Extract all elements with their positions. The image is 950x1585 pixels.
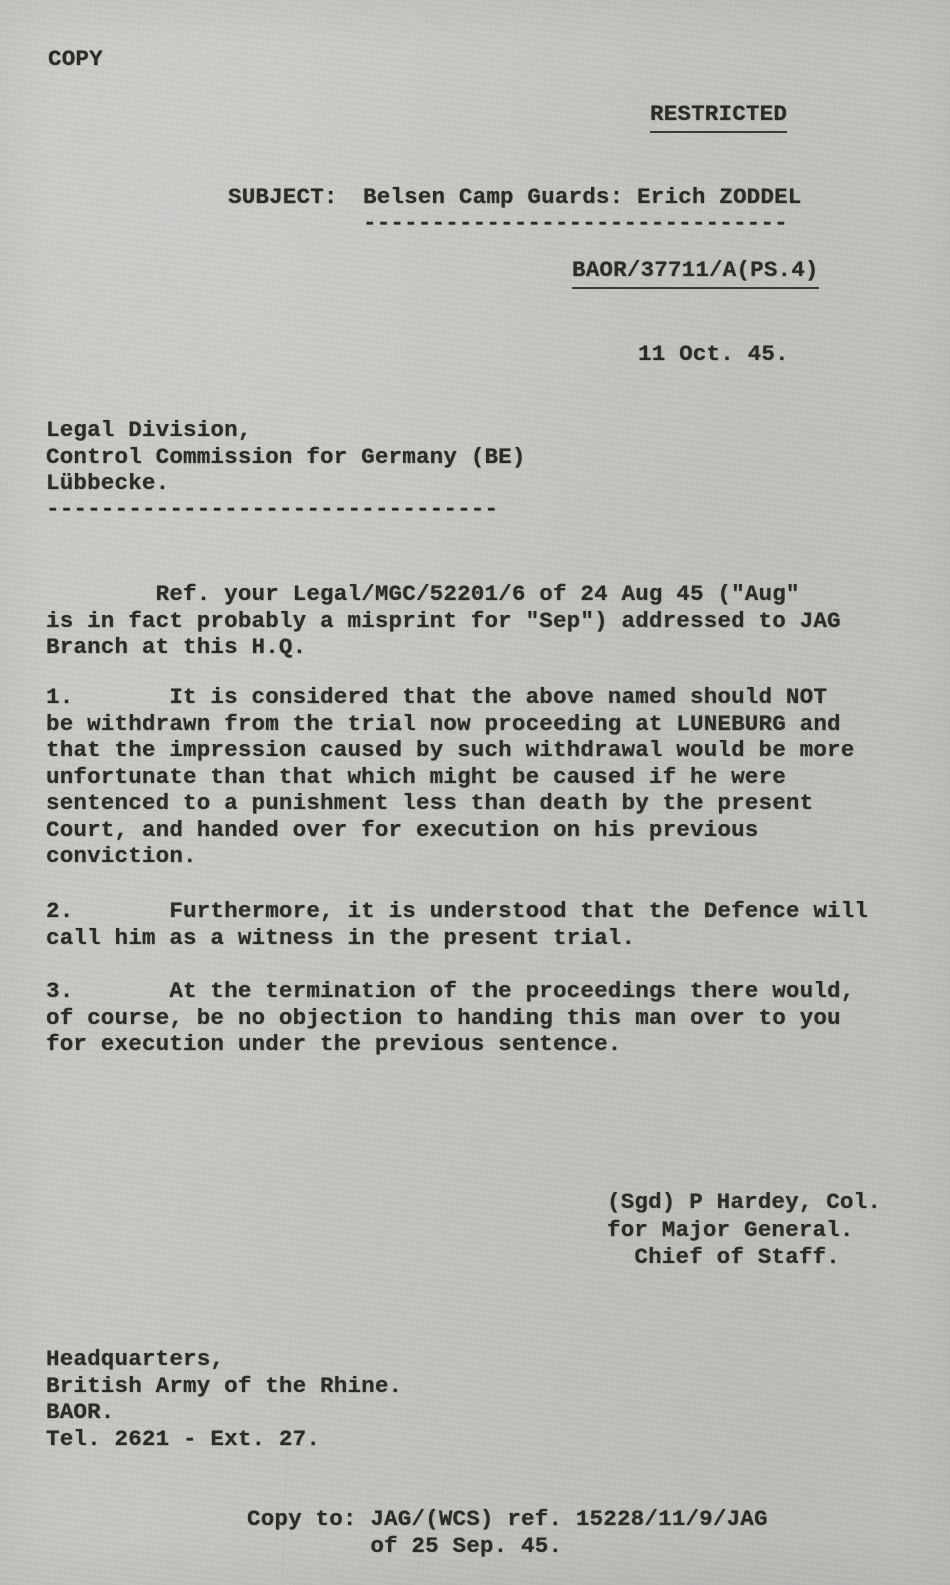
subject-label: SUBJECT:	[228, 184, 338, 211]
subject-text: Belsen Camp Guards: Erich ZODDEL	[363, 184, 801, 211]
sender-address-block: Headquarters, British Army of the Rhine.…	[46, 1346, 402, 1452]
document-page: COPY RESTRICTED SUBJECT: Belsen Camp Gua…	[0, 0, 950, 1585]
copy-stamp: COPY	[48, 46, 103, 73]
paragraph-3: 3. At the termination of the proceedings…	[46, 978, 854, 1058]
addressee-underline-dashes: ---------------------------------	[46, 496, 498, 523]
paper-crease	[830, 92, 836, 118]
paragraph-1: 1. It is considered that the above named…	[46, 684, 854, 870]
signature-block: (Sgd) P Hardey, Col. for Major General. …	[607, 1189, 881, 1272]
date-line: 11 Oct. 45.	[638, 341, 789, 368]
classification-header: RESTRICTED	[650, 101, 787, 133]
reference-number: BAOR/37711/A(PS.4)	[572, 257, 819, 289]
paragraph-2: 2. Furthermore, it is understood that th…	[46, 898, 868, 951]
subject-underline-dashes: -------------------------------	[363, 210, 788, 237]
reference-paragraph: Ref. your Legal/MGC/52201/6 of 24 Aug 45…	[46, 581, 841, 661]
copy-to-block: Copy to: JAG/(WCS) ref. 15228/11/9/JAG o…	[247, 1506, 768, 1559]
addressee-block: Legal Division, Control Commission for G…	[46, 417, 526, 497]
